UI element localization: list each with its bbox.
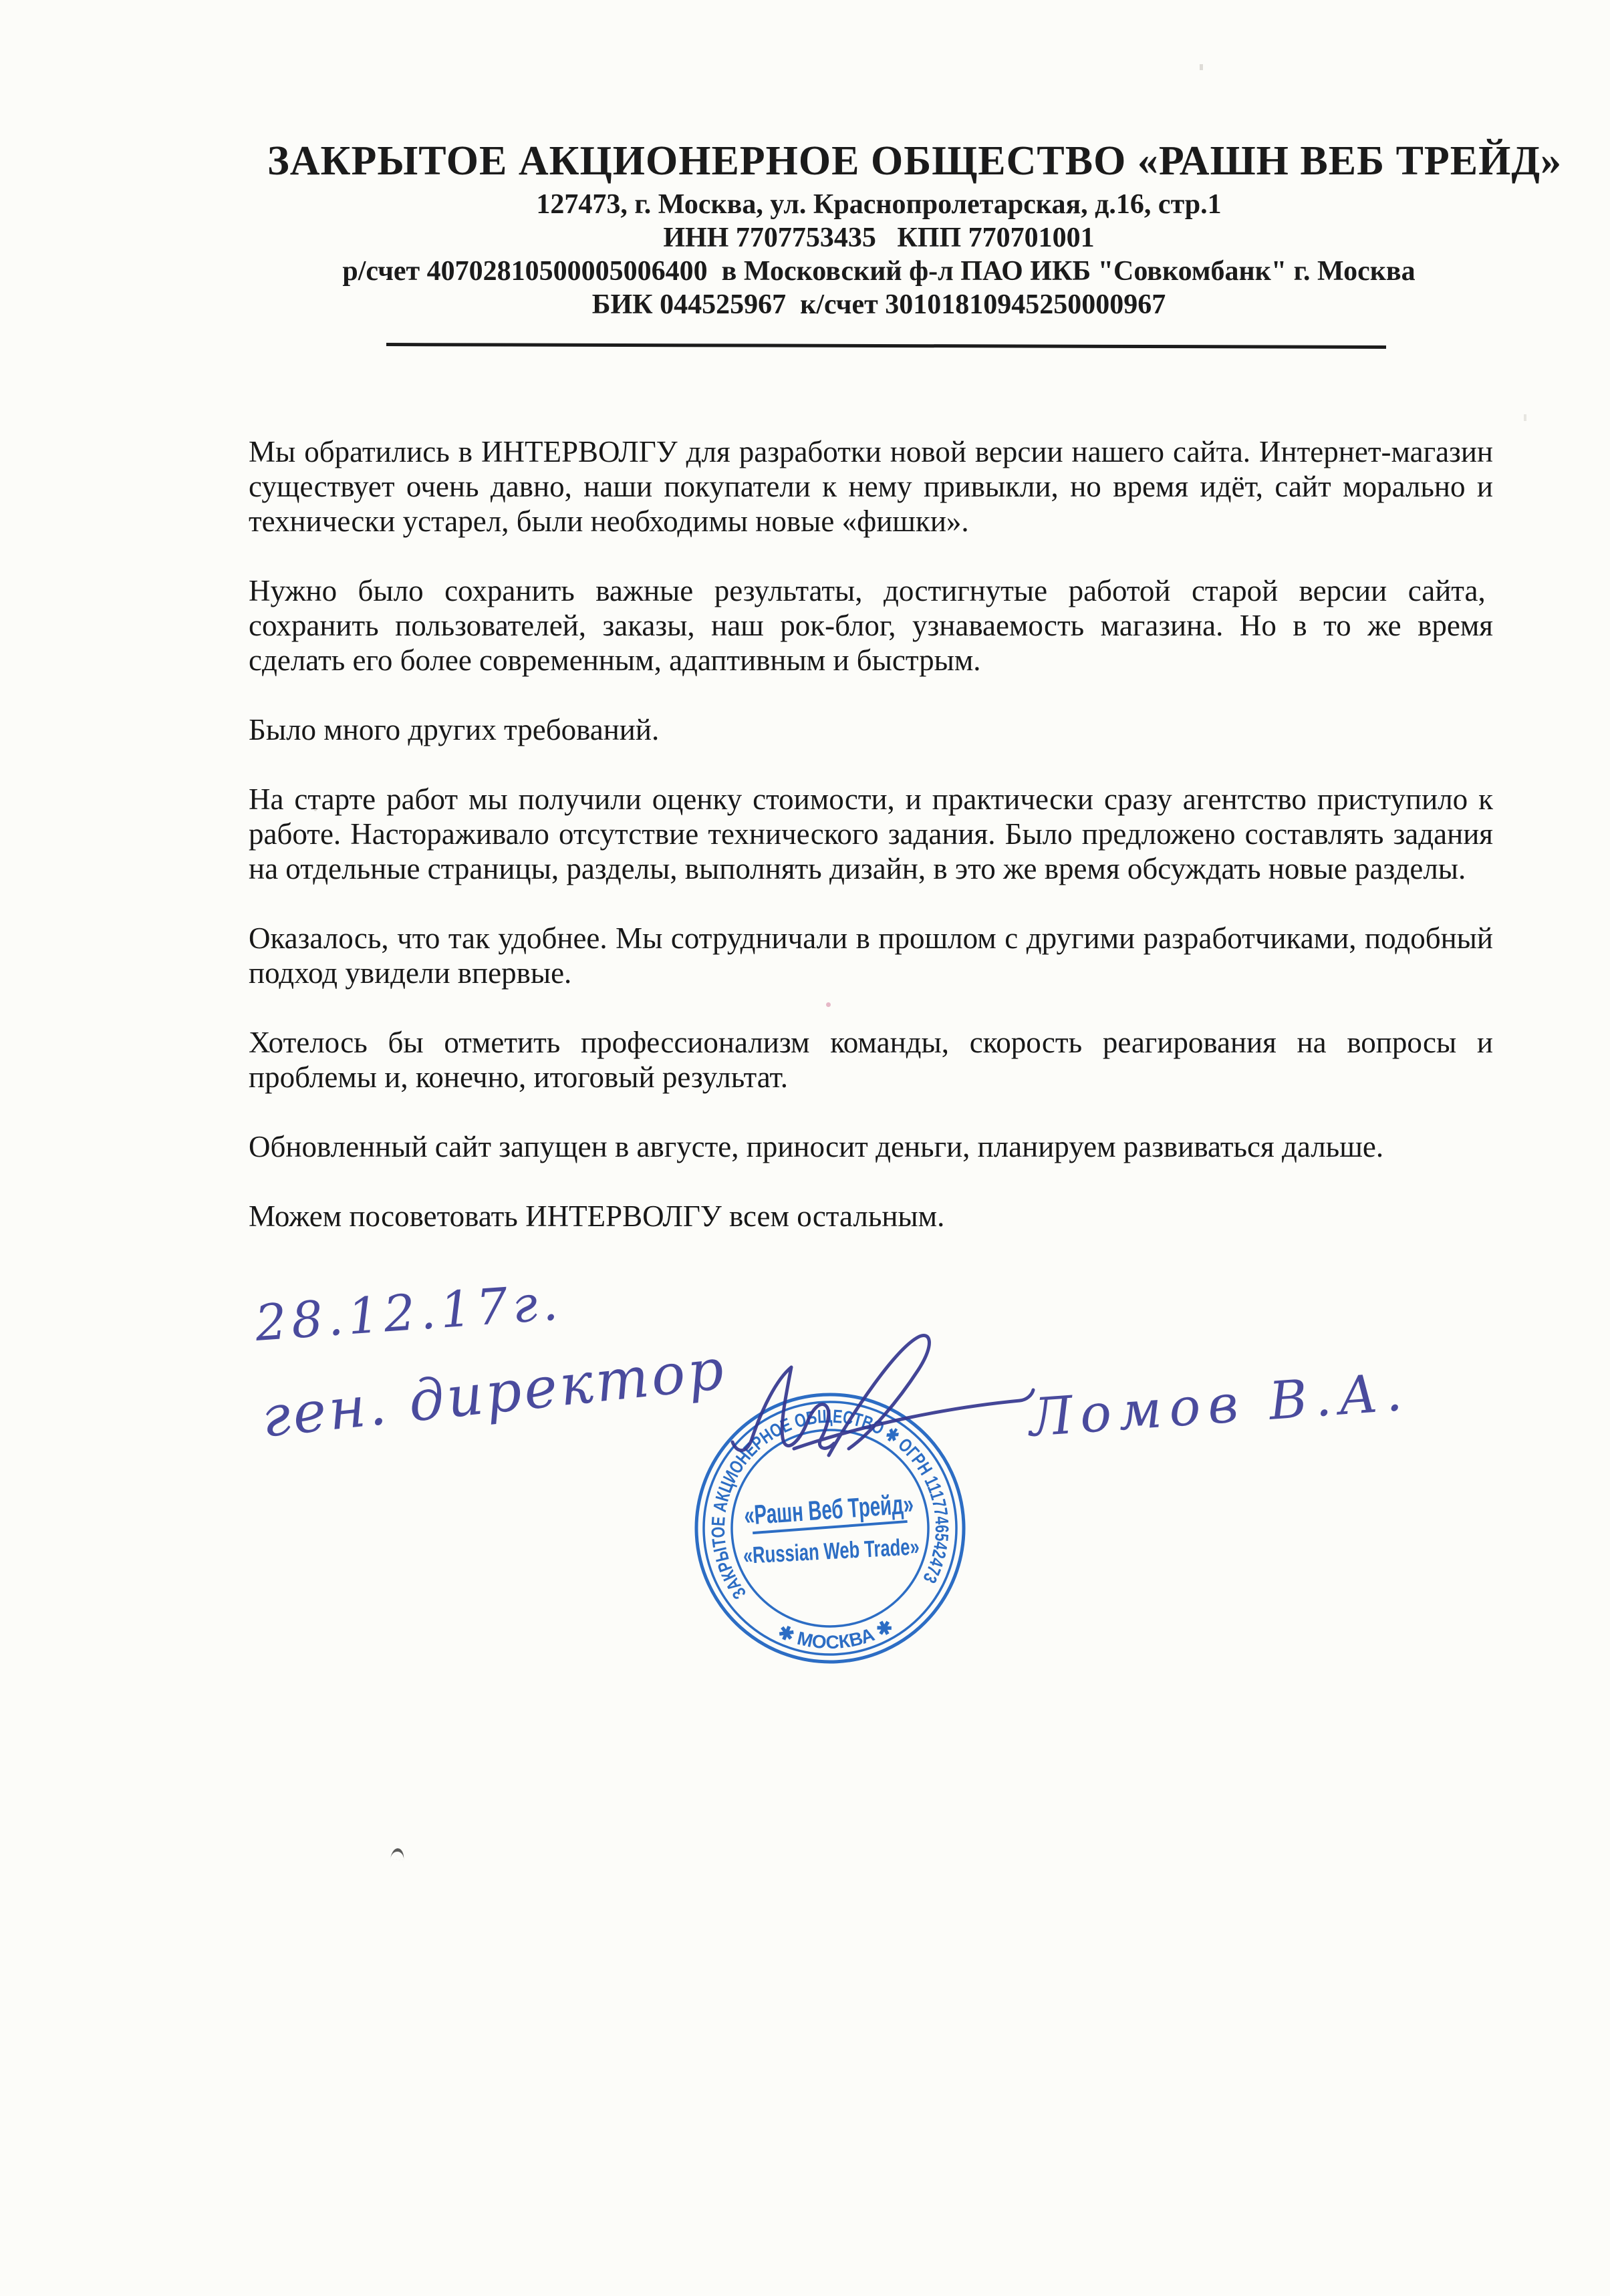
company-bank-account: р/счет 40702810500005006400 в Московский…: [267, 255, 1490, 287]
signature-stroke-letters: [732, 1367, 834, 1451]
scan-artifact-speck: [826, 1002, 831, 1007]
company-title: ЗАКРЫТОЕ АКЦИОНЕРНОЕ ОБЩЕСТВО «РАШН ВЕБ …: [267, 138, 1490, 185]
company-bank-codes: БИК 044525967 к/счет 3010181094525000096…: [267, 289, 1490, 321]
handwritten-date: 28.12.17г.: [253, 1274, 564, 1352]
scan-artifact-speck: [1524, 414, 1526, 421]
scan-artifact-speck: [314, 809, 317, 811]
handwritten-role: ген. директор: [259, 1336, 729, 1449]
scan-artifact-speck: [1200, 64, 1203, 70]
paragraph: Нужно было сохранить важные результаты, …: [249, 573, 1493, 678]
letterhead-divider: [386, 343, 1386, 349]
paragraph: Мы обратились в ИНТЕРВОЛГУ для разработк…: [249, 434, 1493, 539]
signature-stroke-loop: [829, 1336, 929, 1455]
paragraph: Обновленный сайт запущен в августе, прин…: [249, 1129, 1493, 1164]
handwritten-name: Ломов В.А.: [1027, 1362, 1412, 1449]
signature-stroke-tail: [794, 1390, 1033, 1449]
document-page: ЗАКРЫТОЕ АКЦИОНЕРНОЕ ОБЩЕСТВО «РАШН ВЕБ …: [0, 0, 1610, 2296]
paragraph: Хотелось бы отметить профессионализм ком…: [249, 1025, 1493, 1095]
signature-scribble: [716, 1323, 1051, 1503]
scan-artifact-mark: [390, 1848, 405, 1860]
letter-body: Мы обратились в ИНТЕРВОЛГУ для разработк…: [249, 434, 1493, 1268]
paragraph: Можем посоветовать ИНТЕРВОЛГУ всем остал…: [249, 1199, 1493, 1234]
company-address: 127473, г. Москва, ул. Краснопролетарска…: [267, 188, 1490, 221]
paragraph: Было много других требований.: [249, 712, 1493, 747]
paragraph: На старте работ мы получили оценку стоим…: [249, 782, 1493, 886]
paragraph: Оказалось, что так удобнее. Мы сотруднич…: [249, 921, 1493, 990]
stamp-center-en: «Russian Web Trade»: [743, 1534, 920, 1569]
company-tax-ids: ИНН 7707753435 КПП 770701001: [267, 222, 1490, 254]
